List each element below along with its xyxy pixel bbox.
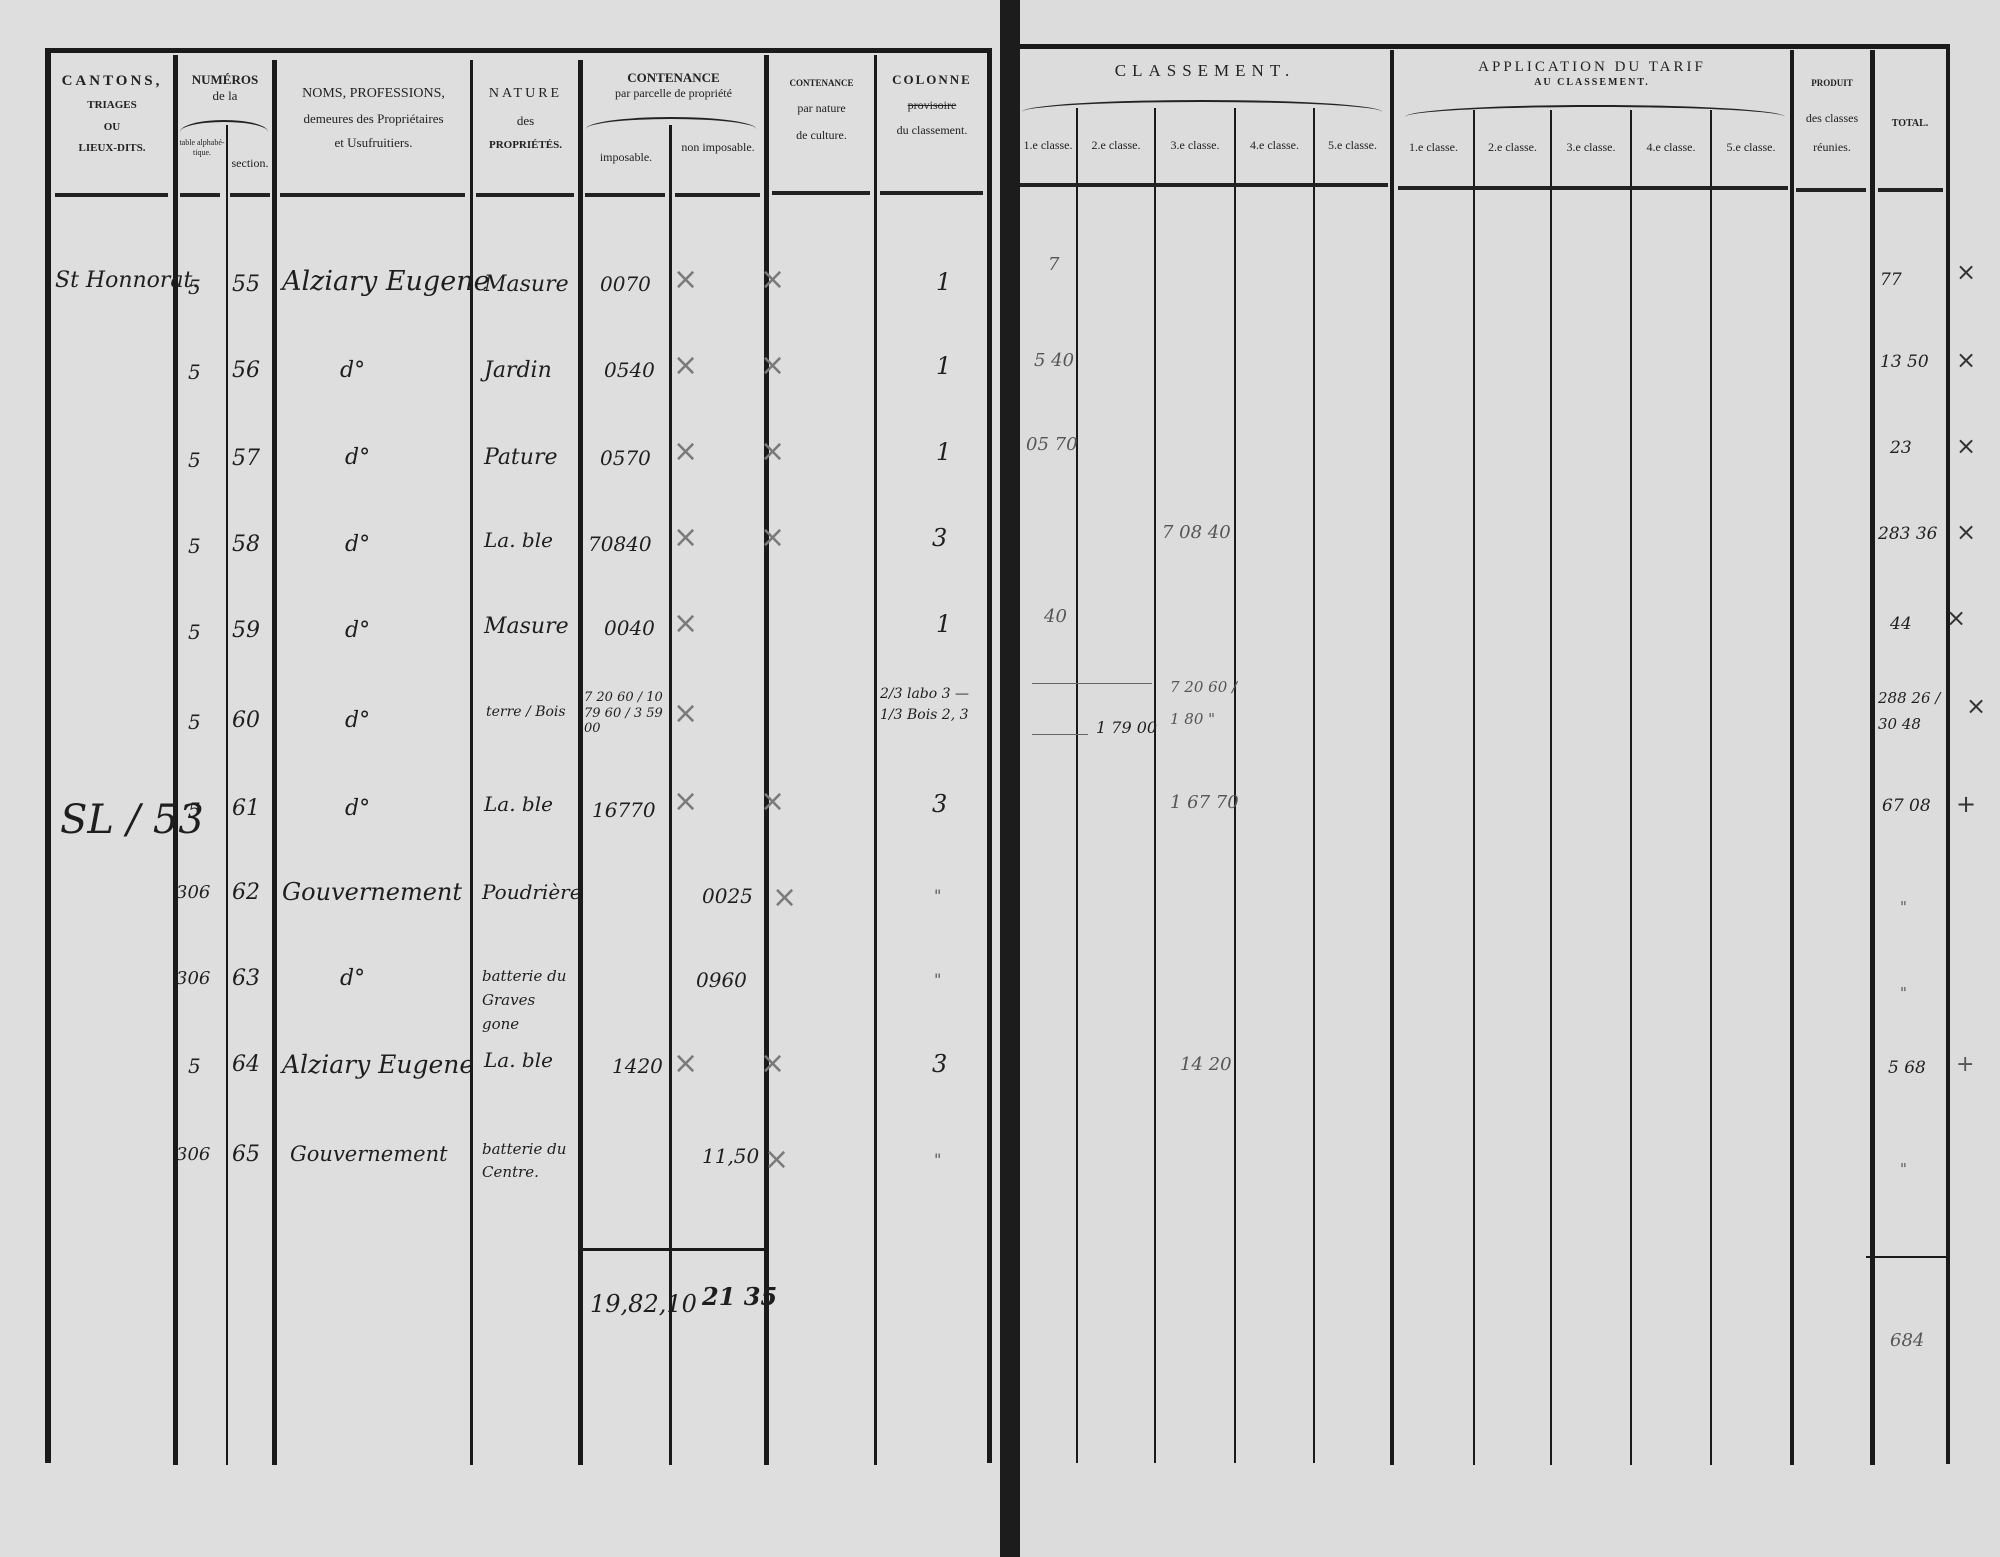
owner-cell: Alziary Eugene <box>282 1050 474 1079</box>
classement-value: 1 79 00 <box>1096 718 1157 737</box>
table-cell: 306 <box>176 1144 210 1165</box>
header-classement: CLASSEMENT. <box>1020 60 1390 81</box>
classement-value: 7 <box>1048 254 1059 275</box>
section-cell: 62 <box>232 880 260 905</box>
header-colonne: COLONNE provisoire du classement. <box>877 72 987 138</box>
total-non-imposable: 21 35 <box>702 1282 777 1311</box>
owner-cell: d° <box>345 532 370 557</box>
header-section: section. <box>228 156 272 171</box>
classement-value: 5 40 <box>1034 350 1074 371</box>
header-tarif-class-5: 5.e classe. <box>1712 140 1790 155</box>
classement-value: 14 20 <box>1180 1054 1232 1075</box>
total-value: 283 36 <box>1878 524 1937 544</box>
table-cell: 5 <box>188 360 201 384</box>
header-tarif-class-4: 4.e classe. <box>1632 140 1710 155</box>
frame-right <box>1946 44 1950 1464</box>
section-cell: 61 <box>232 796 260 821</box>
classement-value: 05 70 <box>1026 434 1078 455</box>
section-cell: 55 <box>232 272 260 297</box>
total-value: 5 68 <box>1888 1058 1926 1078</box>
classement-cell: " <box>934 886 941 905</box>
section-cell: 58 <box>232 532 260 557</box>
header-tarif-class-2: 2.e classe. <box>1475 140 1550 155</box>
owner-cell: d° <box>345 445 370 470</box>
header-tarif-class-3: 3.e classe. <box>1552 140 1630 155</box>
col-divider <box>578 60 583 1465</box>
nature-cell: batterie du Graves gone <box>482 964 577 1036</box>
non-imposable-cell: 0960 <box>696 968 747 992</box>
header-total: TOTAL. <box>1875 118 1945 131</box>
imposable-cell: 16770 <box>592 798 656 822</box>
section-cell: 56 <box>232 358 260 383</box>
classement-cell: 3 <box>932 1050 947 1078</box>
owner-cell: d° <box>345 796 370 821</box>
col-divider <box>1790 50 1794 1465</box>
non-imposable-cell: 11,50 <box>702 1144 759 1168</box>
frame-right <box>987 48 992 1463</box>
classement-cell: 1 <box>936 352 951 380</box>
classement-cell: 1 <box>936 268 951 296</box>
classement-cell: 1 <box>936 610 951 638</box>
col-divider <box>272 60 277 1465</box>
frame-border <box>45 48 990 53</box>
header-tarif: APPLICATION DU TARIF AU CLASSEMENT. <box>1394 58 1790 89</box>
table-cell: 306 <box>176 968 210 989</box>
owner-cell: d° <box>345 708 370 733</box>
canton-cell: St Honnorat. <box>55 268 199 293</box>
classement-cell: 1 <box>936 438 951 466</box>
classement-cell: " <box>934 970 941 989</box>
nature-cell: Poudrière <box>482 880 582 904</box>
classement-value: 40 <box>1044 606 1067 627</box>
owner-cell: d° <box>340 358 365 383</box>
classement-value: 7 20 60 / 1 80 " <box>1170 672 1245 735</box>
nature-cell: batterie du Centre. <box>482 1138 577 1183</box>
table-cell: 5 <box>188 534 201 558</box>
margin-note: SL / 53 <box>60 800 204 840</box>
total-value: 44 <box>1890 614 1912 634</box>
section-cell: 60 <box>232 708 260 733</box>
imposable-cell: 0540 <box>604 358 655 382</box>
header-class-1: 1.e classe. <box>1020 138 1076 153</box>
imposable-cell: 0040 <box>604 616 655 640</box>
table-cell: 5 <box>188 448 201 472</box>
header-class-3: 3.e classe. <box>1156 138 1234 153</box>
nature-cell: Jardin <box>484 358 552 383</box>
total-value: " <box>1900 898 1907 916</box>
imposable-cell: 1420 <box>612 1054 663 1078</box>
table-cell: 5 <box>188 710 201 734</box>
col-divider <box>1390 50 1394 1465</box>
header-class-5: 5.e classe. <box>1315 138 1390 153</box>
grand-total-line <box>1866 1256 1950 1258</box>
header-noms: NOMS, PROFESSIONS, demeures des Propriét… <box>277 85 470 151</box>
section-cell: 59 <box>232 618 260 643</box>
nature-cell: La. ble <box>484 792 553 816</box>
nature-cell: Pature <box>484 445 557 470</box>
header-non-imposable: non imposable. <box>672 140 764 155</box>
classement-cell: " <box>934 1150 941 1169</box>
section-cell: 65 <box>232 1142 260 1167</box>
col-divider <box>1870 50 1875 1465</box>
left-page: CANTONS, TRIAGES OU LIEUX-DITS. NUMÉROS … <box>0 0 1000 1557</box>
total-value: 67 08 <box>1882 796 1931 816</box>
imposable-cell: 0070 <box>600 272 651 296</box>
owner-cell: Gouvernement <box>282 878 462 906</box>
classement-cell: 2/3 labo 3 — 1/3 Bois 2, 3 <box>880 684 985 726</box>
col-divider <box>669 125 672 1465</box>
classement-cell: 3 <box>932 524 947 552</box>
owner-cell: Gouvernement <box>290 1142 448 1166</box>
frame-left <box>45 48 51 1463</box>
header-nature: NATURE des PROPRIÉTÉS. <box>473 85 578 153</box>
header-imposable: imposable. <box>583 150 669 165</box>
header-class-2: 2.e classe. <box>1078 138 1154 153</box>
header-tarif-class-1: 1.e classe. <box>1394 140 1473 155</box>
total-value: " <box>1900 1160 1907 1178</box>
classement-value: 7 08 40 <box>1162 522 1231 543</box>
owner-cell: d° <box>340 966 365 991</box>
nature-cell: La. ble <box>484 528 553 552</box>
nature-cell: Masure <box>484 614 569 639</box>
header-class-4: 4.e classe. <box>1236 138 1313 153</box>
imposable-cell: 0570 <box>600 446 651 470</box>
total-value: 77 <box>1880 270 1902 290</box>
section-cell: 64 <box>232 1052 260 1077</box>
total-imposable: 19,82,10 <box>590 1290 697 1318</box>
header-cantons: CANTONS, TRIAGES OU LIEUX-DITS. <box>52 72 172 156</box>
imposable-cell: 70840 <box>588 532 652 556</box>
total-value: 23 <box>1890 438 1912 458</box>
table-cell: 5 <box>188 620 201 644</box>
nature-cell: La. ble <box>484 1048 553 1072</box>
owner-cell: d° <box>345 618 370 643</box>
nature-cell: terre / Bois <box>486 704 566 720</box>
section-cell: 63 <box>232 966 260 991</box>
col-divider <box>173 55 178 1465</box>
nature-cell: Masure <box>484 272 569 297</box>
total-line <box>583 1248 768 1251</box>
book-gutter <box>1000 0 1020 1557</box>
total-value: 288 26 / 30 48 <box>1878 686 1948 737</box>
right-page: CLASSEMENT. APPLICATION DU TARIF AU CLAS… <box>1020 0 2000 1557</box>
owner-cell: Alziary Eugene <box>282 266 490 297</box>
table-cell: 5 <box>188 275 201 299</box>
classement-cell: 3 <box>932 790 947 818</box>
non-imposable-cell: 0025 <box>702 884 753 908</box>
table-cell: 5 <box>188 1054 201 1078</box>
total-value: 13 50 <box>1880 352 1929 372</box>
imposable-cell: 7 20 60 / 10 79 60 / 3 59 00 <box>584 690 674 737</box>
total-value: " <box>1900 984 1907 1002</box>
header-contenance-parcelle: CONTENANCE par parcelle de propriété <box>583 70 764 101</box>
header-contenance-culture: CONTENANCE par nature de culture. <box>769 78 874 143</box>
col-divider <box>874 55 877 1465</box>
grand-total: 684 <box>1890 1330 1924 1351</box>
col-divider <box>226 125 228 1465</box>
header-produit: PRODUIT des classes réunies. <box>1794 78 1870 155</box>
table-cell: 306 <box>176 882 210 903</box>
header-table-alphabetique: table alphabé-tique. <box>178 138 226 158</box>
classement-value: 1 67 70 <box>1170 792 1239 813</box>
header-numeros: NUMÉROS de la <box>178 72 272 105</box>
section-cell: 57 <box>232 446 260 471</box>
